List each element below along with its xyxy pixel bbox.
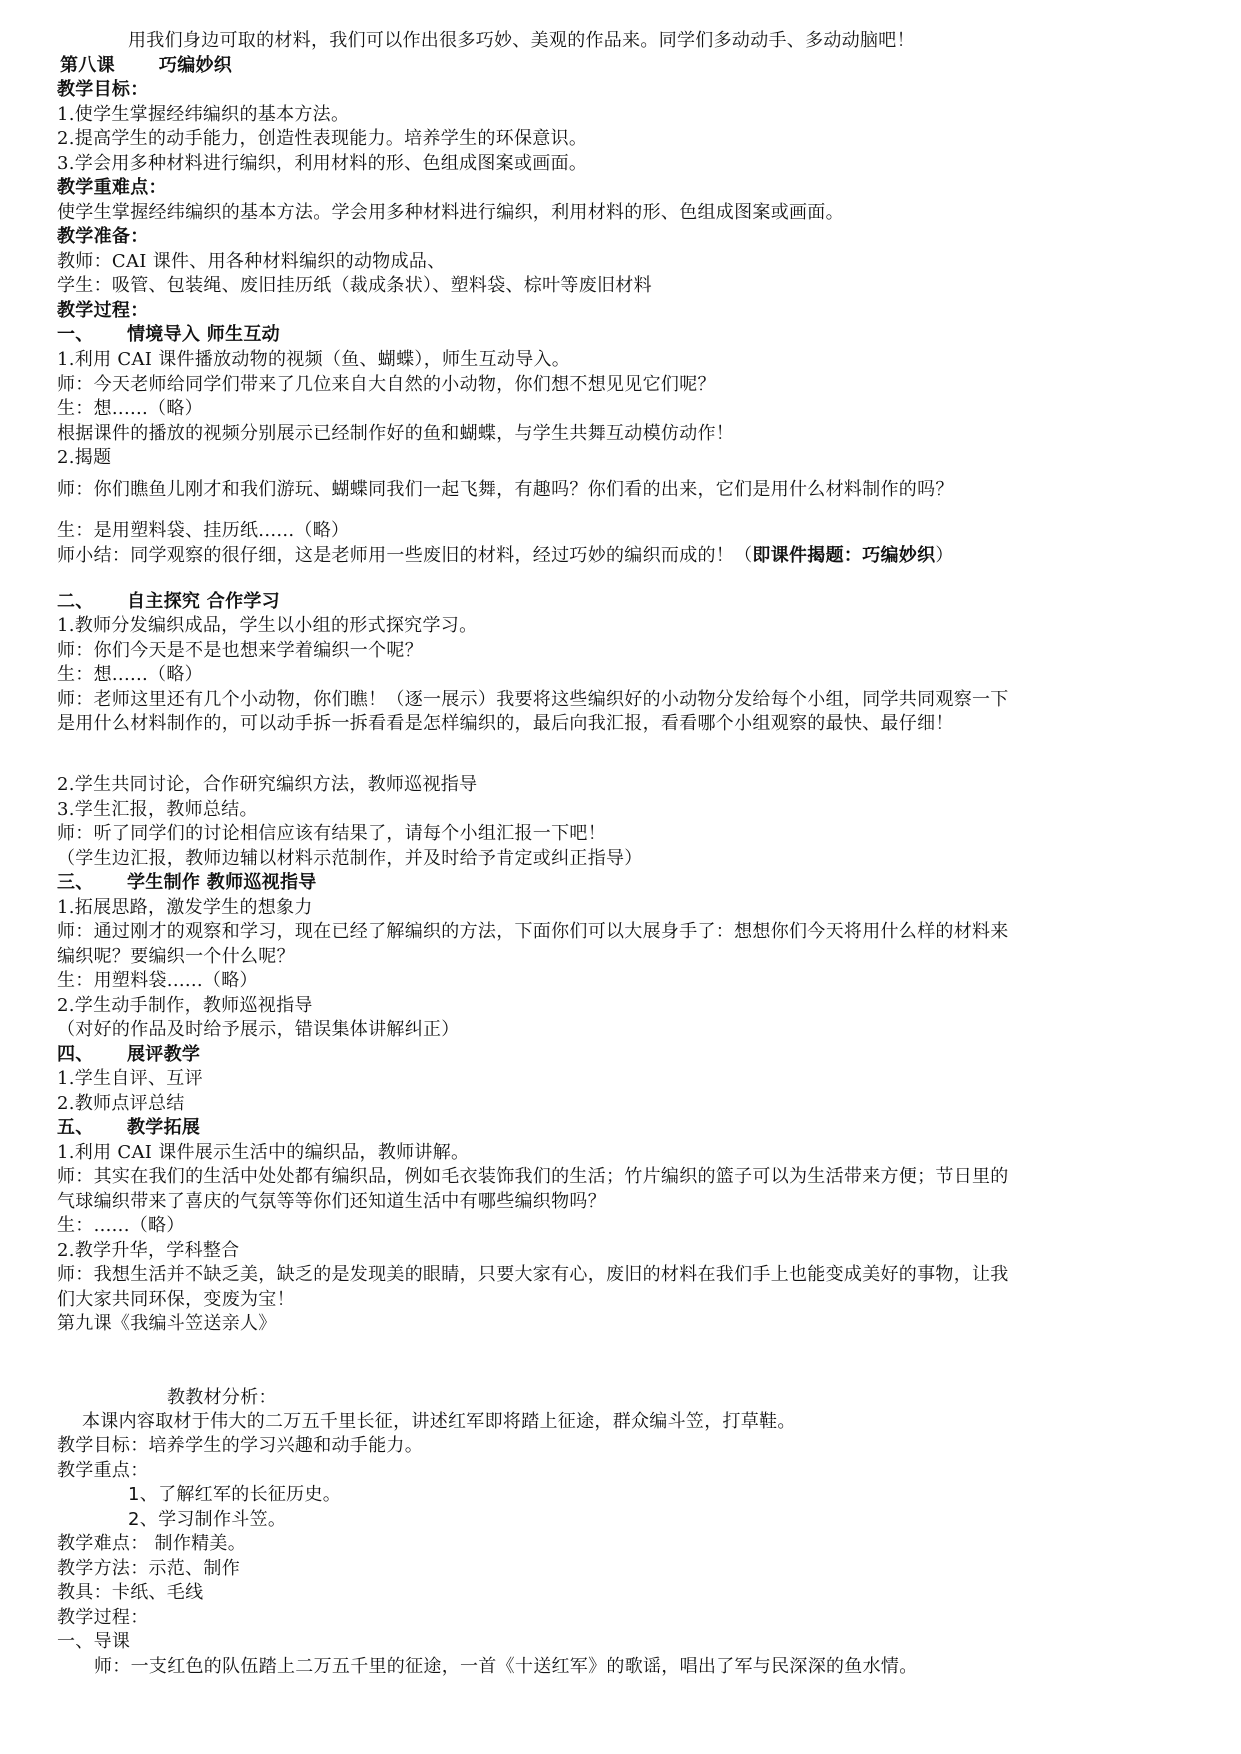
- section-title: 学生制作 教师巡视指导: [127, 872, 317, 893]
- lesson-8-title: 第八课巧编妙织: [60, 54, 232, 78]
- process-line: 生：......（略）: [57, 1214, 185, 1238]
- process-line: 气球编织带来了喜庆的气氛等等你们还知道生活中有哪些编织物吗？: [57, 1190, 606, 1214]
- lesson-9-difficulty: 教学难点： 制作精美。: [57, 1532, 246, 1556]
- process-line: 生：是用塑料袋、挂历纸......（略）: [57, 519, 349, 543]
- process-line: 师：今天老师给同学们带来了几位来自大自然的小动物，你们想不想见见它们呢？: [57, 373, 716, 397]
- intro-paragraph: 用我们身边可取的材料，我们可以作出很多巧妙、美观的作品来。同学们多动动手、多动动…: [128, 29, 915, 53]
- key-points-heading: 教学重难点：: [57, 176, 167, 200]
- section-number: 二、: [57, 590, 127, 614]
- process-line: 3.学生汇报，教师总结。: [57, 798, 258, 822]
- lesson-9-title: 第九课《我编斗笠送亲人》: [57, 1312, 277, 1336]
- section-title: 展评教学: [127, 1044, 200, 1065]
- section-heading: 二、自主探究 合作学习: [57, 590, 280, 614]
- analysis-heading: 教教材分析：: [167, 1386, 277, 1410]
- lesson-9-part1-text: 师：一支红色的队伍踏上二万五千里的征途，一首《十送红军》的歌谣，唱出了军与民深深…: [94, 1655, 918, 1679]
- lesson-9-tools: 教具：卡纸、毛线: [57, 1581, 203, 1605]
- section-heading: 五、教学拓展: [57, 1116, 200, 1140]
- goal-item: 3.学会用多种材料进行编织，利用材料的形、色组成图案或画面。: [57, 152, 587, 176]
- process-heading: 教学过程：: [57, 299, 149, 323]
- process-line: 生：想......（略）: [57, 663, 203, 687]
- goal-item: 2.提高学生的动手能力，创造性表现能力。培养学生的环保意识。: [57, 127, 587, 151]
- lesson-8-number: 第八课: [60, 55, 115, 76]
- process-line: 生：想......（略）: [57, 397, 203, 421]
- lesson-9-process-heading: 教学过程：: [57, 1606, 149, 1630]
- process-line: 师：你们今天是不是也想来学着编织一个呢？: [57, 639, 423, 663]
- section-title: 教学拓展: [127, 1117, 200, 1138]
- document-page: 用我们身边可取的材料，我们可以作出很多巧妙、美观的作品来。同学们多动动手、多动动…: [0, 0, 1241, 1754]
- section-number: 三、: [57, 871, 127, 895]
- section-title: 情境导入 师生互动: [127, 324, 280, 345]
- section-number: 一、: [57, 323, 127, 347]
- teacher-summary-line: 师小结：同学观察的很仔细，这是老师用一些废旧的材料，经过巧妙的编织而成的！（即课…: [57, 544, 954, 568]
- process-line: （学生边汇报，教师边辅以材料示范制作，并及时给予肯定或纠正指导）: [57, 847, 643, 871]
- process-line: 2.学生共同讨论，合作研究编织方法，教师巡视指导: [57, 773, 477, 797]
- process-line: 1.利用 CAI 课件展示生活中的编织品，教师讲解。: [57, 1141, 469, 1165]
- section-heading: 一、情境导入 师生互动: [57, 323, 280, 347]
- process-line: 根据课件的播放的视频分别展示已经制作好的鱼和蝴蝶，与学生共舞互动模仿动作！: [57, 422, 734, 446]
- goals-heading: 教学目标：: [57, 78, 149, 102]
- lesson-9-key-point: 1、了解红军的长征历史。: [128, 1483, 341, 1507]
- section-number: 五、: [57, 1116, 127, 1140]
- process-line: 师：我想生活并不缺乏美，缺乏的是发现美的眼睛，只要大家有心，废旧的材料在我们手上…: [57, 1263, 1009, 1287]
- process-line: （对好的作品及时给予展示，错误集体讲解纠正）: [57, 1018, 460, 1042]
- process-line: 2.教师点评总结: [57, 1092, 185, 1116]
- process-line: 师：老师这里还有几个小动物，你们瞧！（逐一展示）我要将这些编织好的小动物分发给每…: [57, 688, 1009, 712]
- process-line: 师：其实在我们的生活中处处都有编织品，例如毛衣装饰我们的生活；竹片编织的篮子可以…: [57, 1165, 1009, 1189]
- process-line: 2.教学升华，学科整合: [57, 1239, 239, 1263]
- process-line: 1.利用 CAI 课件播放动物的视频（鱼、蝴蝶），师生互动导入。: [57, 348, 570, 372]
- lesson-9-key-heading: 教学重点：: [57, 1459, 149, 1483]
- process-line: 1.拓展思路，激发学生的想象力: [57, 896, 313, 920]
- lesson-9-goal: 教学目标：培养学生的学习兴趣和动手能力。: [57, 1434, 423, 1458]
- analysis-text: 本课内容取材于伟大的二万五千里长征，讲述红军即将踏上征途，群众编斗笠，打草鞋。: [82, 1410, 796, 1434]
- process-line: 师：通过刚才的观察和学习，现在已经了解编织的方法，下面你们可以大展身手了：想想你…: [57, 920, 1009, 944]
- process-line: 编织呢？要编织一个什么呢？: [57, 945, 295, 969]
- lesson-9-key-point: 2、学习制作斗笠。: [128, 1508, 286, 1532]
- goal-item: 1.使学生掌握经纬编织的基本方法。: [57, 103, 349, 127]
- section-number: 四、: [57, 1043, 127, 1067]
- lesson-9-method: 教学方法：示范、制作: [57, 1557, 240, 1581]
- process-line: 2.揭题: [57, 446, 111, 470]
- process-line: 1.教师分发编织成品，学生以小组的形式探究学习。: [57, 614, 477, 638]
- process-line: 师：你们瞧鱼儿刚才和我们游玩、蝴蝶同我们一起飞舞，有趣吗？你们看的出来，它们是用…: [57, 478, 954, 502]
- prep-heading: 教学准备：: [57, 225, 149, 249]
- process-line: 生：用塑料袋......（略）: [57, 969, 258, 993]
- lesson-8-name: 巧编妙织: [159, 55, 232, 76]
- key-point-number: 1: [128, 1484, 140, 1505]
- prep-item: 教师：CAI 课件、用各种材料编织的动物成品、: [57, 250, 446, 274]
- process-line: 2.学生动手制作，教师巡视指导: [57, 994, 313, 1018]
- key-point-text: 、学习制作斗笠。: [140, 1509, 286, 1530]
- summary-close: ）: [935, 545, 953, 566]
- section-heading: 四、展评教学: [57, 1043, 200, 1067]
- key-point-text: 、了解红军的长征历史。: [140, 1484, 341, 1505]
- key-point-number: 2: [128, 1509, 140, 1530]
- key-points-text: 使学生掌握经纬编织的基本方法。学会用多种材料进行编织，利用材料的形、色组成图案或…: [57, 201, 844, 225]
- summary-text: 师小结：同学观察的很仔细，这是老师用一些废旧的材料，经过巧妙的编织而成的！（: [57, 545, 752, 566]
- lesson-9-part1-heading: 一、导课: [57, 1630, 130, 1654]
- summary-emphasis: 即课件揭题：巧编妙织: [752, 545, 935, 566]
- process-line: 师：听了同学们的讨论相信应该有结果了，请每个小组汇报一下吧！: [57, 822, 606, 846]
- section-title: 自主探究 合作学习: [127, 591, 280, 612]
- process-line: 们大家共同环保，变废为宝！: [57, 1288, 295, 1312]
- prep-item: 学生：吸管、包装绳、废旧挂历纸（裁成条状）、塑料袋、棕叶等废旧材料: [57, 274, 652, 298]
- section-heading: 三、学生制作 教师巡视指导: [57, 871, 317, 895]
- process-line: 是用什么材料制作的，可以动手拆一拆看看是怎样编织的，最后向我汇报，看看哪个小组观…: [57, 712, 954, 736]
- process-line: 1.学生自评、互评: [57, 1067, 203, 1091]
